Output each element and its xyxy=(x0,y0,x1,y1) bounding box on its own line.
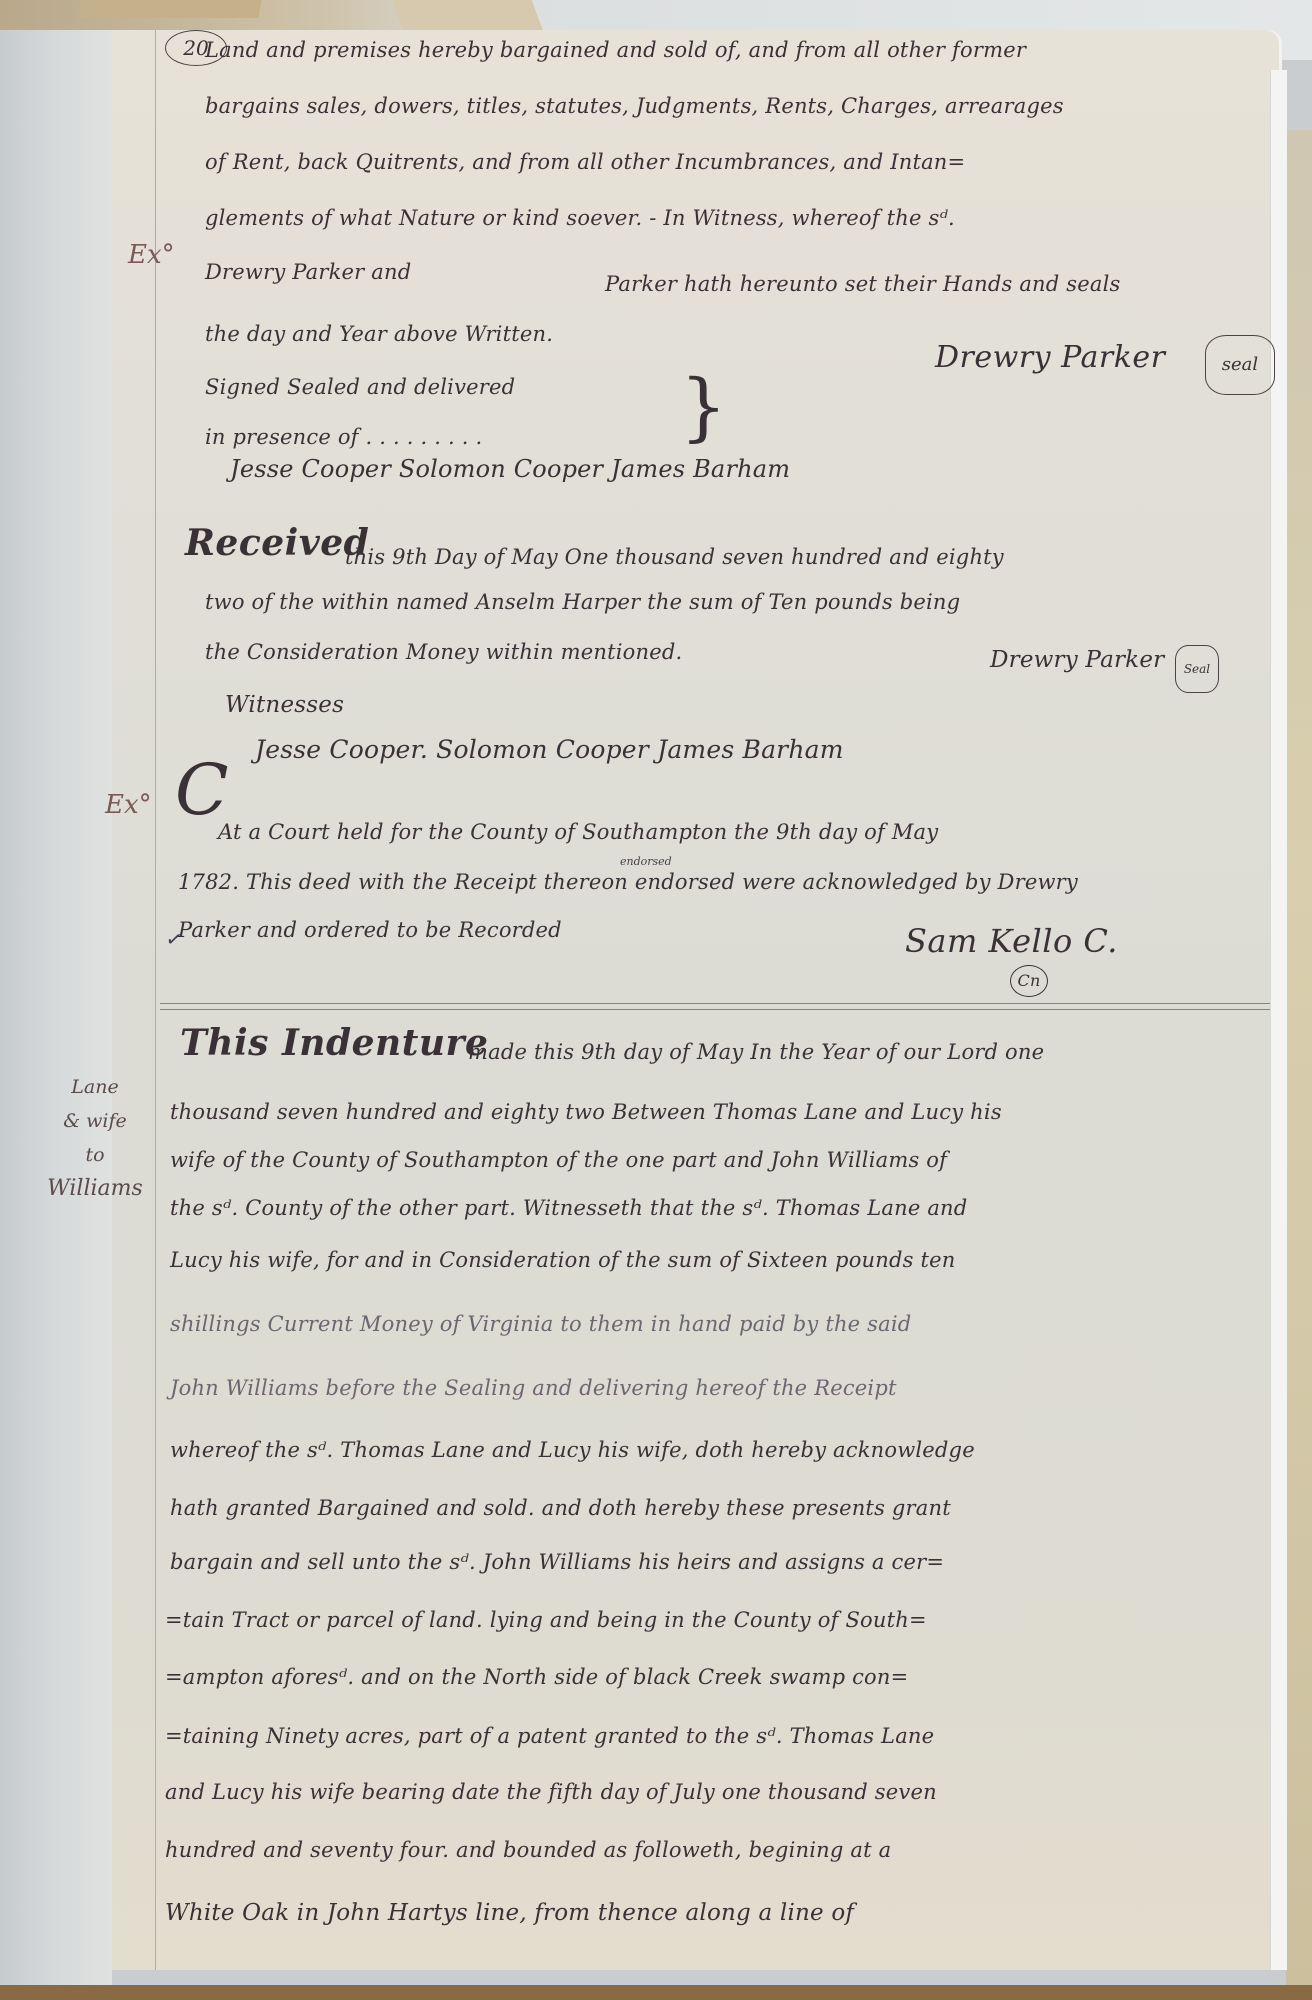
deed-text-line: the day and Year above Written. xyxy=(205,322,553,346)
margin-rule xyxy=(155,30,156,1970)
brace-symbol: } xyxy=(680,370,727,444)
clerk-flourish: Cn xyxy=(1010,965,1048,997)
book-edge-right xyxy=(1286,130,1312,2000)
seal-mark: Seal xyxy=(1175,645,1219,693)
indenture-text-line: whereof the sᵈ. Thomas Lane and Lucy his… xyxy=(170,1438,975,1462)
margin-examined-note: Ex° xyxy=(105,790,152,820)
entry-separator-rule xyxy=(160,1003,1270,1010)
folded-paper-tab xyxy=(78,0,261,18)
grant-index-line: & wife xyxy=(40,1104,150,1138)
grant-index-line: Lane xyxy=(40,1070,150,1104)
indenture-heading: This Indenture xyxy=(180,1022,488,1064)
indenture-text-line: the sᵈ. County of the other part. Witnes… xyxy=(170,1196,967,1220)
court-text-line: Parker and ordered to be Recorded xyxy=(178,918,562,942)
insertion-note: endorsed xyxy=(620,855,672,868)
deed-text-line: Land and premises hereby bargained and s… xyxy=(205,38,1026,62)
deed-text-line: glements of what Nature or kind soever. … xyxy=(205,206,955,230)
deed-text-line: Parker hath hereunto set their Hands and… xyxy=(605,272,1121,296)
indenture-text-line: wife of the County of Southampton of the… xyxy=(170,1148,947,1172)
seal-mark: seal xyxy=(1205,335,1275,395)
indenture-text-line: and Lucy his wife bearing date the fifth… xyxy=(165,1780,937,1804)
deed-text-line: Drewry Parker and xyxy=(205,260,411,284)
deed-text-line: of Rent, back Quitrents, and from all ot… xyxy=(205,150,965,174)
indenture-text-line: John Williams before the Sealing and del… xyxy=(170,1376,897,1400)
receipt-text-line: this 9th Day of May One thousand seven h… xyxy=(345,545,1004,569)
witness-names: Jesse Cooper. Solomon Cooper James Barha… xyxy=(255,735,844,764)
indenture-text-line: White Oak in John Hartys line, from then… xyxy=(165,1900,854,1926)
receipt-heading: Received xyxy=(185,522,369,564)
court-text-line: 1782. This deed with the Receipt thereon… xyxy=(178,870,1078,894)
receipt-text-line: two of the within named Anselm Harper th… xyxy=(205,590,960,614)
witnesses-label: Witnesses xyxy=(225,692,344,718)
indenture-text-line: hath granted Bargained and sold. and dot… xyxy=(170,1496,951,1520)
deed-text-line: bargains sales, dowers, titles, statutes… xyxy=(205,94,1064,118)
clerk-signature: Sam Kello C. xyxy=(905,922,1118,960)
indenture-text-line: thousand seven hundred and eighty two Be… xyxy=(170,1100,1002,1124)
indenture-text-line: made this 9th day of May In the Year of … xyxy=(468,1040,1044,1064)
indenture-text-line: =taining Ninety acres, part of a patent … xyxy=(165,1724,934,1748)
receipt-text-line: the Consideration Money within mentioned… xyxy=(205,640,682,664)
indenture-text-line: =ampton aforesᵈ. and on the North side o… xyxy=(165,1665,908,1689)
court-text-line: At a Court held for the County of Southa… xyxy=(218,820,938,844)
indenture-text-line: hundred and seventy four. and bounded as… xyxy=(165,1838,891,1862)
witness-names: Jesse Cooper Solomon Cooper James Barham xyxy=(230,455,790,483)
attestation-presence: in presence of . . . . . . . . . xyxy=(205,425,482,449)
book-board-bottom xyxy=(0,1985,1312,2000)
indenture-text-line: bargain and sell unto the sᵈ. John Willi… xyxy=(170,1550,944,1574)
indenture-text-line: =tain Tract or parcel of land. lying and… xyxy=(165,1608,927,1632)
facing-page-margin xyxy=(0,30,112,2000)
grant-index-line: Williams xyxy=(40,1172,150,1206)
attestation-signed: Signed Sealed and delivered xyxy=(205,375,515,399)
margin-grant-index: Lane & wife to Williams xyxy=(40,1070,150,1206)
grant-index-line: to xyxy=(40,1138,150,1172)
court-initial: C xyxy=(175,755,229,825)
grantor-signature: Drewry Parker xyxy=(935,340,1166,375)
receipt-signature: Drewry Parker xyxy=(990,647,1164,673)
indenture-text-line: Lucy his wife, for and in Consideration … xyxy=(170,1248,955,1272)
indenture-text-line: shillings Current Money of Virginia to t… xyxy=(170,1312,911,1336)
margin-examined-note: Ex° xyxy=(128,240,175,270)
